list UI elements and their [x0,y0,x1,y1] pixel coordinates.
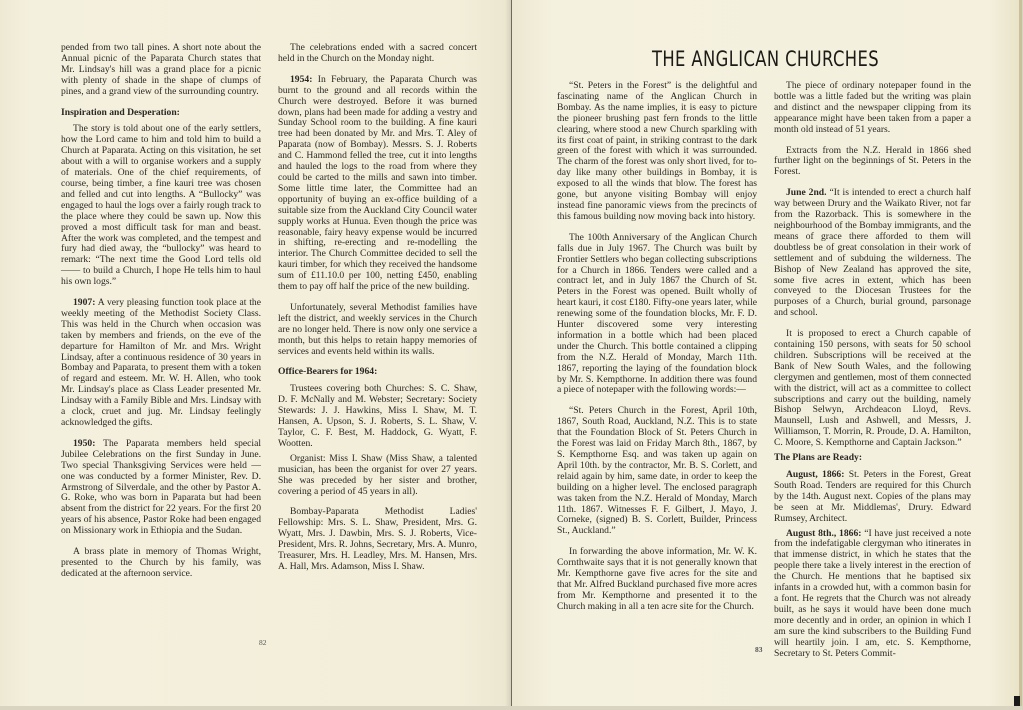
paragraph: The 100th Anniversary of the Anglican Ch… [557,233,757,397]
paragraph: “St. Peters in the Forest” is the deligh… [557,81,757,223]
paragraph: The celebrations ended with a sacred con… [278,43,477,65]
paragraph-1907: 1907: A very pleasing function took plac… [61,298,261,429]
paragraph: The piece of ordinary notepaper found in… [774,81,971,136]
year-label: 1954: [290,74,312,85]
paragraph-ladies-fellowship: Bombay-Paparata Methodist Ladies' Fellow… [278,507,477,572]
paragraph-august-8th-1866: August 8th., 1866: “I have just received… [774,529,971,660]
paragraph: Extracts from the N.Z. Herald in 1866 sh… [774,146,971,179]
left-column-2: The celebrations ended with a sacred con… [278,43,477,583]
right-column-1: “St. Peters in the Forest” is the deligh… [557,81,757,623]
year-label: 1907: [73,297,95,308]
paragraph-quote: “St. Peters Church in the Forest, April … [557,406,757,537]
left-column-1: pended from two tall pines. A short note… [61,43,261,590]
paragraph: It is proposed to erect a Church capable… [774,329,971,449]
paragraph-trustees: Trustees covering both Churches: S. C. S… [278,384,477,449]
scan-edge-mark [1014,696,1020,706]
paragraph-august-1866: August, 1866: St. Peters in the Forest, … [774,470,971,525]
page-number-left: 82 [259,638,267,647]
year-label: 1950: [73,438,95,449]
paragraph: The story is told about one of the early… [61,124,261,288]
paragraph-1954: 1954: In February, the Paparata Church w… [278,75,477,293]
section-heading-plans: The Plans are Ready: [774,453,971,464]
paragraph-june-2nd: June 2nd. “It is intended to erect a chu… [774,188,971,319]
page-title: THE ANGLICAN CHURCHES [568,47,963,71]
date-label: August 8th., 1866: [786,528,861,539]
section-heading-inspiration: Inspiration and Desperation: [61,108,261,119]
paragraph-organist: Organist: Miss I. Shaw (Miss Shaw, a tal… [278,454,477,498]
paragraph: pended from two tall pines. A short note… [61,43,261,98]
date-label: June 2nd. [786,187,827,198]
paragraph-1950: 1950: The Paparata members held special … [61,439,261,537]
spine-shadow [505,0,511,706]
paragraph: Unfortunately, several Methodist familie… [278,303,477,358]
date-label: August, 1866: [786,469,844,480]
section-heading-office-bearers: Office-Bearers for 1964: [278,367,477,378]
paragraph: A brass plate in memory of Thomas Wright… [61,547,261,580]
right-column-2: The piece of ordinary notepaper found in… [774,81,971,669]
page-number-right: 83 [755,645,763,654]
paragraph: In forwarding the above information, Mr.… [557,547,757,612]
